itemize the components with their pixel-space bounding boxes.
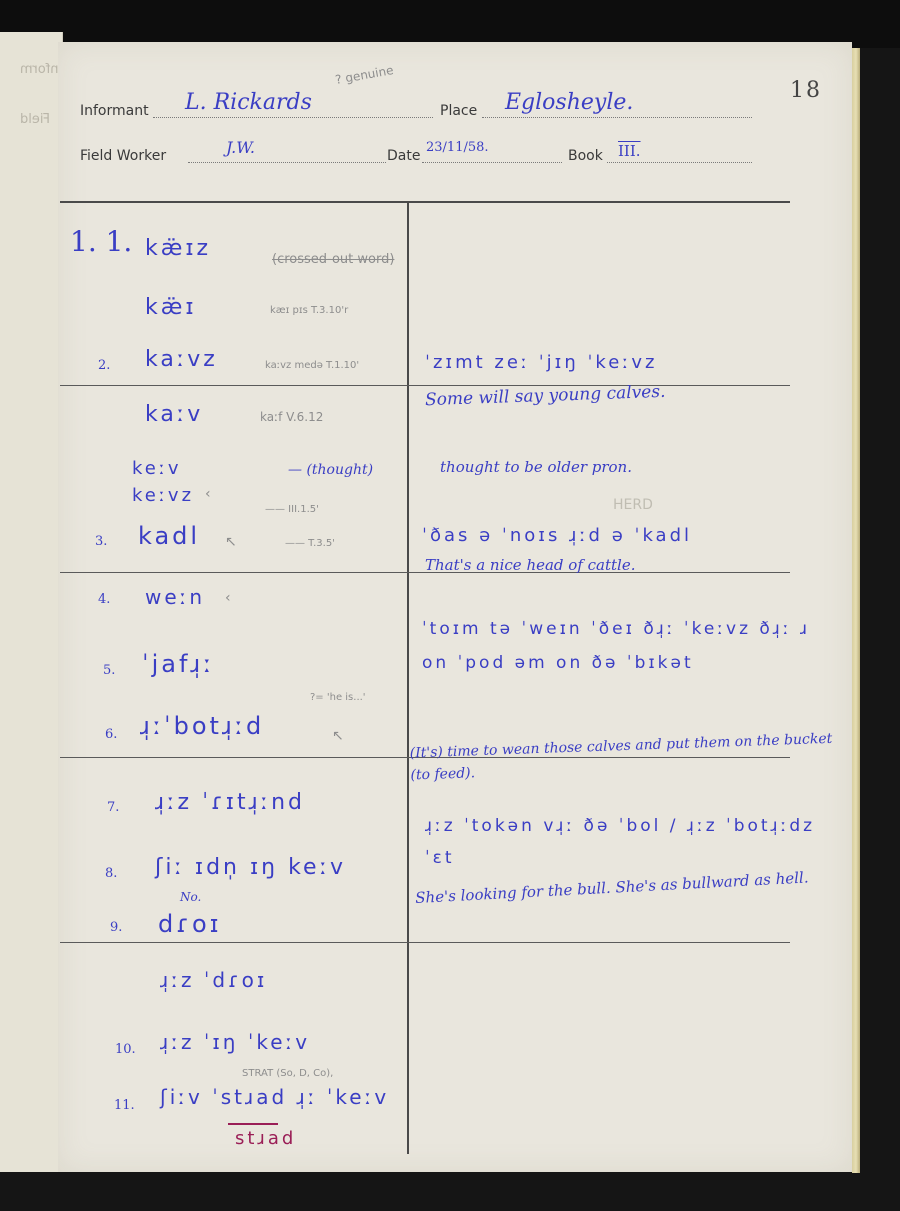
ghost-text: Inform <box>20 62 62 77</box>
entry-form: ɹ̩ːz ˈɪŋ ˈkeːv <box>160 1030 310 1054</box>
entry-form: ʃiː ɪdn̩ ɪŋ keːv <box>155 855 346 880</box>
example-ipa: ˈðas ə ˈnoɪs ɹ̩ːd ə ˈkadl <box>422 525 692 546</box>
entry-form: keːv <box>132 458 182 479</box>
book-label: Book <box>568 148 603 164</box>
entry-form: keːvz <box>132 485 194 506</box>
entry-form: ʃiːv ˈstɹad ɹ̩ː ˈkeːv <box>160 1085 389 1109</box>
informant-line <box>153 117 433 118</box>
red-underline <box>228 1123 278 1125</box>
ghost-text: Field <box>20 112 50 127</box>
entry-note: kaːvz medə T.1.10' <box>265 360 359 371</box>
row-rule <box>60 385 790 386</box>
entry-form: weːn <box>145 585 205 609</box>
entry-number: 5. <box>103 663 115 678</box>
entry-number: 8. <box>105 866 117 881</box>
entry-note: (crossed-out word) <box>272 252 394 267</box>
example-gloss: thought to be older pron. <box>440 458 632 476</box>
example-ipa: ˈtoɪm tə ˈweɪn ˈðeɪ ðɹ̩ː ˈkeːvz ðɹ̩ː ɹ o… <box>422 612 842 680</box>
column-divider <box>407 201 409 1154</box>
table-top-rule <box>60 201 790 203</box>
entry-note: — (thought) <box>288 462 373 478</box>
entry-number: 6. <box>105 727 117 742</box>
date-value: 23/11/58. <box>426 140 489 155</box>
entry-form: kaːv <box>145 402 203 427</box>
date-line <box>422 162 562 163</box>
informant-label: Informant <box>80 103 149 119</box>
entry-form: ɹ̩ːz ˈɾɪtɹ̩ːnd <box>155 790 305 815</box>
entry-form-correction: stɹad <box>235 1128 296 1149</box>
background-top <box>0 0 900 48</box>
entry-number: 2. <box>98 358 110 373</box>
entry-form: ɹ̩ːˈbotɹ̩ːd <box>140 712 264 740</box>
pencil-note: HERD <box>613 497 653 513</box>
arrow-icon: ↖ <box>332 728 344 744</box>
entry-note: —— III.1.5' <box>265 504 319 515</box>
book-line <box>607 162 752 163</box>
informant-value: L. Rickards <box>185 90 312 115</box>
arrow-icon: ↖ <box>225 534 237 550</box>
entry-number: 9. <box>110 920 122 935</box>
field-worker-line <box>188 162 386 163</box>
entry-note: kæɪ pɪs T.3.10'r <box>270 305 348 316</box>
place-label: Place <box>440 103 477 119</box>
left-page-edge: Inform Field <box>0 32 63 1172</box>
entry-number: 10. <box>115 1042 136 1057</box>
page-number: 18 <box>790 78 822 103</box>
entry-form: kaːvz <box>145 347 218 372</box>
arrow-icon: ‹ <box>205 486 211 502</box>
field-worker-label: Field Worker <box>80 148 166 164</box>
place-value: Eglosheyle. <box>505 90 633 115</box>
book-value: III. <box>618 142 641 160</box>
entry-number: 4. <box>98 592 110 607</box>
entry-number: 11. <box>114 1098 135 1113</box>
entry-note: ?= 'he is...' <box>310 692 366 703</box>
place-line <box>482 117 752 118</box>
entry-form: dɾoɪ <box>158 910 222 938</box>
arrow-icon: ‹ <box>225 590 231 606</box>
entry-form: kadl <box>138 522 200 550</box>
entry-note: —— T.3.5' <box>285 538 335 549</box>
entry-form: kæ̈ɪz <box>145 236 211 261</box>
example-ipa: ˈzɪmt zeː ˈjɪŋ ˈkeːvz <box>425 352 657 373</box>
entry-note: No. <box>180 890 201 904</box>
field-worker-value: J.W. <box>226 138 255 157</box>
entry-form: kæ̈ɪ <box>145 295 197 320</box>
page-edge <box>852 48 860 1173</box>
entry-note: STRAT (So, D, Co), <box>242 1068 333 1079</box>
entry-form: ˈjafɹ̩ː <box>142 650 214 678</box>
entry-form: ɹ̩ːz ˈdɾoɪ <box>160 968 267 992</box>
row-rule <box>60 942 790 943</box>
entry-note: kaːf V.6.12 <box>260 410 323 424</box>
section-number: 1. 1. <box>70 225 132 258</box>
date-label: Date <box>387 148 420 164</box>
entry-number: 3. <box>95 534 107 549</box>
example-gloss: That's a nice head of cattle. <box>425 556 635 574</box>
entry-number: 7. <box>107 800 119 815</box>
